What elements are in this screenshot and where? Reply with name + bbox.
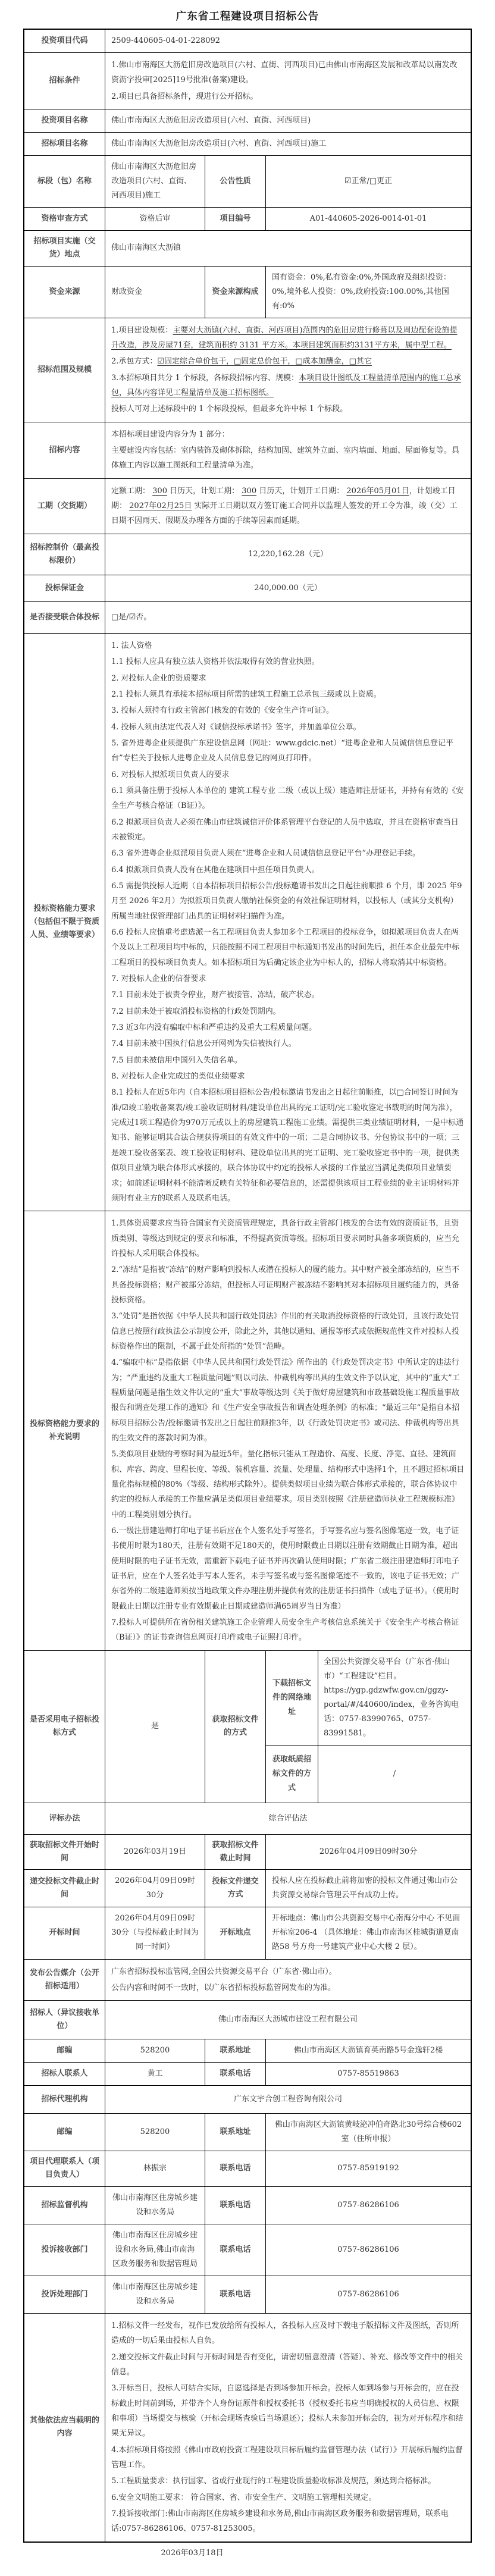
complaint-handle-tel-value: 0757-86286106 xyxy=(266,2276,471,2313)
table-row: 工期（交货期） 定额工期： 300 日历天，计划工期： 300 日历天，计划开工… xyxy=(24,479,471,534)
scope-item3-prefix: 3.本招标项目共分 1 个标段，各标段招标内容、规模： xyxy=(111,374,299,383)
row-label: 标段（包）名称 xyxy=(24,156,105,207)
table-row: 获取招标文件开始时间 2026年03月19日 获取招标文件截止时间 2026年0… xyxy=(24,1835,471,1870)
project-number-value: A01-440605-2026-0014-01-01 xyxy=(266,208,471,230)
complaint-recv-name: 佛山市南海区住房城乡建设和水务局,佛山市南海区政务服务和数据管理局 xyxy=(105,2224,205,2276)
table-row: 招标内容 本招标项目建设内容分为 1 部分： 主要建设内容包括：室内装饰及砌体拆… xyxy=(24,422,471,479)
download-url-value: 全国公共资源交易平台（广东省·佛山市）“工程建设”栏目。https://ygp.… xyxy=(318,1651,471,1745)
row-label: 开标时间 xyxy=(24,1907,105,1958)
row-label: 招标项目实施（交货）地点 xyxy=(24,231,105,265)
supervisor-tel-value: 0757-86286106 xyxy=(266,2187,471,2224)
doc-start-time: 2026年03月19日 xyxy=(105,1835,205,1869)
row-label: 是否采用电子招标投标方式 xyxy=(24,1651,105,1803)
paragraph: 3.本招标项目共分 1 个标段，各标段招标内容、规模：本项目设计图纸及工程量清单… xyxy=(111,370,465,402)
table-row: 投标资格能力要求的补充说明 1.具体资质要求应当符合国家有关资质管理规定，具备行… xyxy=(24,1211,471,1651)
table-row: 招标项目实施（交货）地点 佛山市南海区大沥镇 xyxy=(24,231,471,266)
complaint-recv-tel-label: 联系电话 xyxy=(205,2224,266,2276)
opening-place-label: 开标地点 xyxy=(205,1907,266,1958)
funds-composition-value: 国有资金：0%,私有资金:0%,外国政府及组织投资：0%,境外私人投资：0%,政… xyxy=(266,267,471,318)
agency-tel-label: 联系电话 xyxy=(205,2151,266,2186)
table-row: 招标人（异议接收单位） 佛山市南海区大沥城市建设工程有限公司 xyxy=(24,2001,471,2039)
row-label: 邮编 xyxy=(24,2114,105,2151)
paragraph: 定额工期： 300 日历天，计划工期： 300 日历天，计划开工日期： 2026… xyxy=(111,483,465,529)
scope-item2-value: ☑固定综合单价包干，□固定总价包干，□成本加酬金，□其它 xyxy=(157,357,372,366)
funds-source-value: 财政资金 xyxy=(105,267,205,318)
project-code-value: 2509-440605-04-01-228092 xyxy=(105,30,471,52)
complaint-recv-tel-value: 0757-86286106 xyxy=(266,2224,471,2276)
table-row: 邮编 528200 联系地址 佛山市南海区大沥镇育英南路5号金逸轩2楼 xyxy=(24,2039,471,2063)
doc-end-label: 获取招标文件截止时间 xyxy=(205,1835,266,1869)
table-row: 项目代理联系人（项目负责人） 林振宗 联系电话 0757-85919192 xyxy=(24,2151,471,2186)
evaluation-method: 综合评估法 xyxy=(105,1803,471,1834)
paragraph: 1.项目建设规模：主要对大沥镇(六村、直街、河西项目)范围内的危旧房进行修葺以及… xyxy=(111,322,465,354)
table-row: 递交投标文件截止时间 2026年04月09日09时30分 投标文件递交方式 投标… xyxy=(24,1870,471,1907)
table-row: 招标范围及规模 1.项目建设规模：主要对大沥镇(六村、直街、河西项目)范围内的危… xyxy=(24,318,471,422)
tenderer-contact-name: 黄工 xyxy=(105,2063,205,2085)
notice-nature-value: ☑正常/□更正 xyxy=(266,156,471,207)
qualification-requirements: 1. 法人资格 1.1 投标人应具有独立法人资格并依法取得有效的营业执照。 2.… xyxy=(105,634,471,1211)
row-label: 招标范围及规模 xyxy=(24,318,105,422)
table-row: 招标人联系人 黄工 联系电话 0757-85519863 xyxy=(24,2063,471,2086)
table-row: 资金来源 财政资金 资金来源构成 国有资金：0%,私有资金:0%,外国政府及组织… xyxy=(24,267,471,318)
agency-address-label: 联系地址 xyxy=(205,2114,266,2151)
announcement-date: 2026年03月18日 xyxy=(24,2546,471,2561)
delivery-location: 佛山市南海区大沥镇 xyxy=(105,231,471,265)
download-subrow: 下载招标文件的网络地址 全国公共资源交易平台（广东省·佛山市）“工程建设”栏目。… xyxy=(266,1651,471,1745)
agency-name: 广东文宇合创工程咨询有限公司 xyxy=(105,2086,471,2113)
row-label: 投诉处理部门 xyxy=(24,2276,105,2313)
supervisor-tel-label: 联系电话 xyxy=(205,2187,266,2224)
row-label: 其他依法应当载明的内容 xyxy=(24,2314,105,2541)
row-label: 招标项目名称 xyxy=(24,133,105,155)
row-label: 发布公告媒介（公开招标适用） xyxy=(24,1960,105,2001)
table-row: 招标项目名称 佛山市南海区大沥危旧房改造项目(六村、直街、河西项目)施工 xyxy=(24,133,471,156)
obtain-docs-label: 获取招标文件的方式 xyxy=(205,1651,266,1803)
paragraph: 2.承包方式：☑固定综合单价包干，□固定总价包干，□成本加酬金，□其它 xyxy=(111,353,465,369)
scope-item1-prefix: 1.项目建设规模： xyxy=(111,326,173,335)
tenderer-tel-label: 联系电话 xyxy=(205,2063,266,2085)
obtain-docs-detail: 下载招标文件的网络地址 全国公共资源交易平台（广东省·佛山市）“工程建设”栏目。… xyxy=(266,1651,471,1803)
other-content: 1.招标文件一经发布，视作已发放给所有投标人，各投标人应及时下载电子版招标文件及… xyxy=(105,2314,471,2541)
row-label: 投标资格能力要求（包括但不限于资质人员、业绩等要求） xyxy=(24,634,105,1211)
qualification-mode-value: 资格后审 xyxy=(105,208,205,230)
row-label: 投标保证金 xyxy=(24,575,105,601)
row-label: 投诉接收部门 xyxy=(24,2224,105,2276)
consortium-value: □是/☑否。 xyxy=(105,602,471,633)
project-number-label: 项目编号 xyxy=(205,208,266,230)
page-title: 广东省工程建设项目招标公告 xyxy=(0,0,495,29)
agency-contact-name: 林振宗 xyxy=(105,2151,205,2186)
announcement-media: 广东省招标投标监管网,全国公共资源交易平台（广东省·佛山市）。 公告内容和时间不… xyxy=(105,1960,471,2001)
table-row: 投标保证金 240,000.00（元） xyxy=(24,575,471,602)
opening-place-value: 开标地点：佛山市公共资源交易中心南海分中心 不见面开标室206-4 （具体地址：… xyxy=(266,1907,471,1958)
tender-content: 本招标项目建设内容分为 1 部分： 主要建设内容包括：室内装饰及砌体拆除，结构加… xyxy=(105,422,471,478)
table-row: 评标办法 综合评估法 xyxy=(24,1803,471,1835)
table-row: 标段（包）名称 佛山市南海区大沥危旧房改造项目(六村、直街、河西项目)施工 公告… xyxy=(24,156,471,208)
submit-way-value: 投标人应在投标截止前将加密的投标文件通过佛山市公共资源交易综合管理云平台成功上传… xyxy=(266,1870,471,1907)
tenderer-name: 佛山市南海区大沥城市建设工程有限公司 xyxy=(105,2001,471,2039)
notice-nature-label: 公告性质 xyxy=(205,156,266,207)
funds-composition-label: 资金来源构成 xyxy=(205,267,266,318)
table-row: 投资项目名称 佛山市南海区大沥危旧房改造项目(六村、直街、河西项目) xyxy=(24,109,471,133)
complaint-handle-tel-label: 联系电话 xyxy=(205,2276,266,2313)
tenderer-zip: 528200 xyxy=(105,2039,205,2062)
submit-deadline: 2026年04月09日09时30分 xyxy=(105,1870,205,1907)
row-label: 招标人（异议接收单位） xyxy=(24,2001,105,2039)
table-row: 投诉处理部门 佛山市南海区住房城乡建设和水务局 联系电话 0757-862861… xyxy=(24,2276,471,2314)
announcement-table: 投资项目代码 2509-440605-04-01-228092 招标条件 1.佛… xyxy=(23,29,472,2543)
tenderer-address-label: 联系地址 xyxy=(205,2039,266,2062)
table-row: 发布公告媒介（公开招标适用） 广东省招标投标监管网,全国公共资源交易平台（广东省… xyxy=(24,1960,471,2001)
table-row: 招标监督机构 佛山市南海区住房城乡建设和水务局 联系电话 0757-862861… xyxy=(24,2187,471,2224)
row-label: 项目代理联系人（项目负责人） xyxy=(24,2151,105,2186)
table-row: 邮编 528200 联系地址 佛山市南海区大沥镇黄岐泌冲伯奇路北30号综合楼60… xyxy=(24,2114,471,2151)
tender-project-name: 佛山市南海区大沥危旧房改造项目(六村、直街、河西项目)施工 xyxy=(105,133,471,155)
row-label: 投资项目代码 xyxy=(24,30,105,52)
section-name: 佛山市南海区大沥危旧房改造项目(六村、直街、河西项目)施工 xyxy=(105,156,205,207)
download-url-label: 下载招标文件的网络地址 xyxy=(266,1651,318,1745)
table-row: 招标条件 1.佛山市南海区大沥危旧房改造项目(六村、直街、河西项目)已由佛山市南… xyxy=(24,53,471,109)
tenderer-address-value: 佛山市南海区大沥镇育英南路5号金逸轩2楼 xyxy=(266,2039,471,2062)
table-row: 开标时间 2026年04月09日09时30分（与投标截止时间为同一时间） 开标地… xyxy=(24,1907,471,1959)
agency-address-value: 佛山市南海区大沥镇黄岐泌冲伯奇路北30号综合楼602室（住所申报） xyxy=(266,2114,471,2151)
paragraph: 本招标项目建设内容分为 1 部分： xyxy=(111,427,465,443)
supervisor-name: 佛山市南海区住房城乡建设和水务局 xyxy=(105,2187,205,2224)
paragraph: 2.项目已具备招标条件，现进行公开招标。 xyxy=(111,89,465,105)
doc-end-time: 2026年04月09日09时30分 xyxy=(266,1835,471,1869)
row-label: 资格审查方式 xyxy=(24,208,105,230)
table-row: 投标资格能力要求（包括但不限于资质人员、业绩等要求） 1. 法人资格 1.1 投… xyxy=(24,634,471,1211)
tenderer-tel-value: 0757-85519863 xyxy=(266,2063,471,2085)
paragraph: 1.佛山市南海区大沥危旧房改造项目(六村、直街、河西项目)已由佛山市南海区发展和… xyxy=(111,57,465,89)
paper-docs-value: / xyxy=(318,1745,471,1803)
row-label: 招标人联系人 xyxy=(24,2063,105,2085)
ebid-value: 是 xyxy=(105,1651,205,1803)
tender-conditions-value: 1.佛山市南海区大沥危旧房改造项目(六村、直街、河西项目)已由佛山市南海区发展和… xyxy=(105,53,471,109)
agency-zip: 528200 xyxy=(105,2114,205,2151)
paragraph: 主要建设内容包括：室内装饰及砌体拆除，结构加固、建筑外立面、室内墙面、地面、屋面… xyxy=(111,443,465,474)
row-label: 招标代理机构 xyxy=(24,2086,105,2113)
table-row: 投诉接收部门 佛山市南海区住房城乡建设和水务局,佛山市南海区政务服务和数据管理局… xyxy=(24,2224,471,2276)
table-row: 资格审查方式 资格后审 项目编号 A01-440605-2026-0014-01… xyxy=(24,208,471,231)
row-label: 评标办法 xyxy=(24,1803,105,1834)
row-label: 是否接受联合体投标 xyxy=(24,602,105,633)
table-row: 是否采用电子招标投标方式 是 获取招标文件的方式 下载招标文件的网络地址 全国公… xyxy=(24,1651,471,1803)
complaint-handle-name: 佛山市南海区住房城乡建设和水务局 xyxy=(105,2276,205,2313)
scope-content: 1.项目建设规模：主要对大沥镇(六村、直街、河西项目)范围内的危旧房进行修葺以及… xyxy=(105,318,471,422)
row-label: 投标资格能力要求的补充说明 xyxy=(24,1211,105,1650)
row-label: 投资项目名称 xyxy=(24,109,105,132)
row-label: 招标条件 xyxy=(24,53,105,109)
row-label: 资金来源 xyxy=(24,267,105,318)
row-label: 递交投标文件截止时间 xyxy=(24,1870,105,1907)
announcement-page: 广东省工程建设项目招标公告 投资项目代码 2509-440605-04-01-2… xyxy=(0,0,495,2561)
paper-docs-label: 获取纸质招标文件的方式 xyxy=(266,1745,318,1803)
paragraph: 投标人可对上述标段中的 1 个标段投标，但最多允许中标 1 个标段。 xyxy=(111,401,465,417)
table-row: 其他依法应当载明的内容 1.招标文件一经发布，视作已发放给所有投标人，各投标人应… xyxy=(24,2314,471,2541)
scope-item2-prefix: 2.承包方式： xyxy=(111,357,157,366)
table-row: 招标代理机构 广东文宇合创工程咨询有限公司 xyxy=(24,2086,471,2114)
row-label: 邮编 xyxy=(24,2039,105,2062)
table-row: 招标控制价（最高投标限价） 12,220,162.28（元） xyxy=(24,534,471,575)
row-label: 招标内容 xyxy=(24,422,105,478)
qualification-notes: 1.具体资质要求应当符合国家有关资质管理规定，具备行政主管部门核发的合法有效的资… xyxy=(105,1211,471,1650)
invest-project-name: 佛山市南海区大沥危旧房改造项目(六村、直街、河西项目) xyxy=(105,109,471,132)
row-label: 工期（交货期） xyxy=(24,479,105,534)
row-label: 获取招标文件开始时间 xyxy=(24,1835,105,1869)
paper-subrow: 获取纸质招标文件的方式 / xyxy=(266,1745,471,1803)
construction-period: 定额工期： 300 日历天，计划工期： 300 日历天，计划开工日期： 2026… xyxy=(105,479,471,534)
opening-time: 2026年04月09日09时30分（与投标截止时间为同一时间） xyxy=(105,1907,205,1958)
bid-bond-value: 240,000.00（元） xyxy=(105,575,471,601)
table-row: 投资项目代码 2509-440605-04-01-228092 xyxy=(24,30,471,53)
submit-way-label: 投标文件递交方式 xyxy=(205,1870,266,1907)
row-label: 招标控制价（最高投标限价） xyxy=(24,534,105,575)
table-row: 是否接受联合体投标 □是/☑否。 xyxy=(24,602,471,634)
agency-tel-value: 0757-85919192 xyxy=(266,2151,471,2186)
control-price-value: 12,220,162.28（元） xyxy=(105,534,471,575)
row-label: 招标监督机构 xyxy=(24,2187,105,2224)
